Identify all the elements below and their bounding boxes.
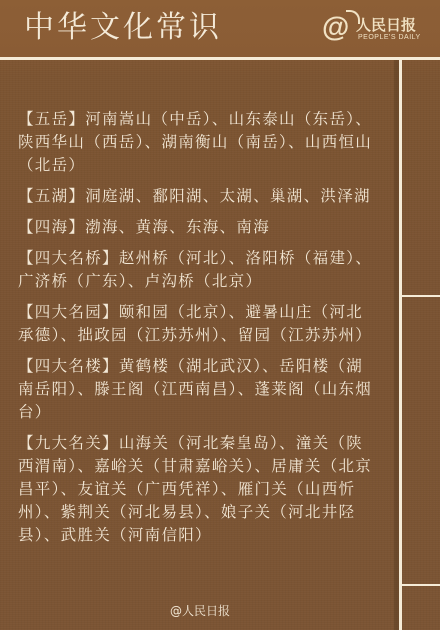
entry-four-towers: 【四大名楼】黄鹤楼（湖北武汉）、岳阳楼（湖南岳阳）、滕王阁（江西南昌）、蓬莱阁（…	[18, 355, 378, 424]
entry-text: 渤海、黄海、东海、南海	[85, 218, 270, 236]
entry-tag: 【四海】	[18, 218, 85, 236]
entry-tag: 【四大名园】	[18, 303, 119, 321]
logo-name: 人民日报	[356, 17, 416, 33]
knowledge-list: 【五岳】河南嵩山（中岳）、山东泰山（东岳）、陕西华山（西岳）、湖南衡山（南岳）、…	[18, 108, 378, 555]
page-title: 中华文化常识	[24, 10, 222, 46]
entry-four-bridges: 【四大名桥】赵州桥（河北）、洛阳桥（福建）、广济桥（广东）、卢沟桥（北京）	[18, 247, 378, 293]
watermark: @人民日报	[0, 604, 400, 618]
entry-text: 洞庭湖、鄱阳湖、太湖、巢湖、洪泽湖	[85, 187, 371, 205]
header-bar: 中华文化常识 @ 人民日报 PEOPLE'S DAILY	[0, 0, 440, 58]
entry-nine-passes: 【九大名关】山海关（河北秦皇岛）、潼关（陕西渭南）、嘉峪关（甘肃嘉峪关）、居庸关…	[18, 432, 378, 547]
entry-four-gardens: 【四大名园】颐和园（北京）、避暑山庄（河北承德）、拙政园（江苏苏州）、留园（江苏…	[18, 301, 378, 347]
entry-tag: 【四大名桥】	[18, 249, 119, 267]
entry-tag: 【五湖】	[18, 187, 85, 205]
logo-subtitle: PEOPLE'S DAILY	[358, 34, 421, 42]
right-panel-divider-1	[401, 295, 440, 297]
top-divider-line	[0, 57, 440, 60]
entry-five-lakes: 【五湖】洞庭湖、鄱阳湖、太湖、巢湖、洪泽湖	[18, 185, 378, 208]
peoples-daily-logo: @ 人民日报 PEOPLE'S DAILY	[322, 12, 432, 46]
entry-tag: 【四大名楼】	[18, 357, 119, 375]
entry-tag: 【九大名关】	[18, 434, 119, 452]
entry-four-seas: 【四海】渤海、黄海、东海、南海	[18, 216, 378, 239]
entry-tag: 【五岳】	[18, 110, 85, 128]
entry-five-mountains: 【五岳】河南嵩山（中岳）、山东泰山（东岳）、陕西华山（西岳）、湖南衡山（南岳）、…	[18, 108, 378, 177]
right-panel-divider-2	[401, 584, 440, 586]
right-vertical-divider	[399, 57, 402, 630]
